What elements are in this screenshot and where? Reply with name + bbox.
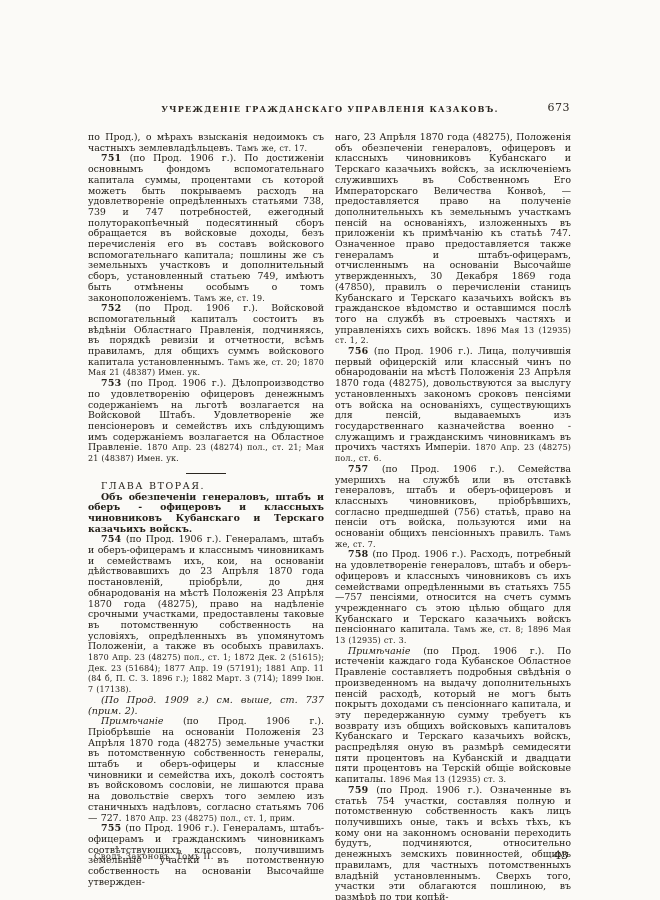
article-number: 751	[101, 153, 121, 164]
citation: Тамъ же, ст. 19.	[194, 294, 265, 303]
page-content: УЧРЕЖДЕНІЕ ГРАЖДАНСКАГО УПРАВЛЕНІЯ КАЗАК…	[88, 104, 572, 900]
note-body: (по Прод. 1906 г.). Пріобрѣвшіе на основ…	[88, 716, 324, 823]
article-757: 757 (по Прод. 1906 г.). Семейства умерши…	[335, 465, 571, 551]
paragraph-body: наго, 23 Апрѣля 1870 года (48275), Полож…	[335, 132, 571, 336]
citation: 1870 Апр. 23 (48275) пол., ст. 1; 1872 Д…	[88, 653, 324, 694]
article-body: (по Прод. 1906 г.). Лица, получившія пер…	[335, 346, 571, 453]
page-number: 673	[548, 101, 571, 114]
section-divider	[186, 473, 226, 474]
left-column: по Прод.), о мѣрахъ взысканія недоимокъ …	[88, 133, 324, 900]
citation: 1896 Мая 13 (12935) ст. 3.	[390, 775, 507, 784]
signature-number: 43	[554, 849, 572, 862]
note-lead: Примѣчаніе	[101, 716, 163, 727]
article-753: 753 (по Прод. 1906 г.). Дѣлопроизводство…	[88, 379, 324, 465]
document-page: УЧРЕЖДЕНІЕ ГРАЖДАНСКАГО УПРАВЛЕНІЯ КАЗАК…	[0, 0, 660, 900]
article-body: (по Прод. 1906 г.). Расходъ, потребный н…	[335, 549, 571, 635]
article-number: 754	[101, 534, 121, 545]
article-number: 753	[101, 378, 121, 389]
article-751: 751 (по Прод. 1906 г.). По достиженіи ос…	[88, 154, 324, 304]
article-body: (по Прод. 1906 г.). Означенные въ статьѣ…	[335, 785, 571, 900]
note-to-article-758: Примѣчаніе (по Прод. 1906 г.). По истече…	[335, 647, 571, 786]
chapter-heading: ГЛАВА ВТОРАЯ.	[88, 482, 324, 493]
note-body: (по Прод. 1906 г.). По истеченіи каждаго…	[335, 646, 571, 785]
right-column: наго, 23 Апрѣля 1870 года (48275), Полож…	[335, 133, 571, 900]
chapter-subtitle: Объ обезпеченіи генераловъ, штабъ и обер…	[88, 493, 324, 536]
prod-1909-reference: (По Прод. 1909 г.) см. выше, ст. 737 (пр…	[88, 696, 324, 717]
running-title: УЧРЕЖДЕНІЕ ГРАЖДАНСКАГО УПРАВЛЕНІЯ КАЗАК…	[88, 104, 572, 114]
article-body: (по Прод. 1906 г.). Генераламъ, штабъ и …	[88, 534, 324, 652]
article-number: 755	[101, 823, 121, 834]
article-number: 757	[348, 464, 368, 475]
paragraph-continuation: по Прод.), о мѣрахъ взысканія недоимокъ …	[88, 133, 324, 154]
page-footer: Сводъ Законовъ. Томъ II. 43	[88, 849, 572, 862]
article-756: 756 (по Прод. 1906 г.). Лица, получившія…	[335, 347, 571, 465]
note-lead: Примѣчаніе	[348, 646, 410, 657]
note-to-article-754: Примѣчаніе (по Прод. 1906 г.). Пріобрѣвш…	[88, 717, 324, 824]
article-759: 759 (по Прод. 1906 г.). Означенные въ ст…	[335, 786, 571, 900]
article-754: 754 (по Прод. 1906 г.). Генераламъ, штаб…	[88, 535, 324, 696]
article-body: (по Прод. 1906 г.). По достиженіи основн…	[88, 153, 324, 303]
article-758: 758 (по Прод. 1906 г.). Расходъ, потребн…	[335, 550, 571, 646]
article-752: 752 (по Прод. 1906 г.). Войсковой вспомо…	[88, 304, 324, 379]
text-columns: по Прод.), о мѣрахъ взысканія недоимокъ …	[88, 133, 572, 900]
article-number: 758	[348, 549, 368, 560]
citation: 1870 Апр. 23 (48275) пол., ст. 1, прим.	[125, 814, 295, 823]
article-number: 756	[348, 346, 368, 357]
article-number: 752	[101, 303, 121, 314]
article-body: (по Прод. 1906 г.). Семейства умершихъ н…	[335, 464, 571, 539]
citation: Тамъ же, ст. 17.	[237, 144, 308, 153]
paragraph-continuation: наго, 23 Апрѣля 1870 года (48275), Полож…	[335, 133, 571, 347]
running-header: УЧРЕЖДЕНІЕ ГРАЖДАНСКАГО УПРАВЛЕНІЯ КАЗАК…	[88, 104, 572, 118]
article-number: 759	[348, 785, 368, 796]
volume-caption: Сводъ Законовъ. Томъ II.	[88, 851, 214, 861]
